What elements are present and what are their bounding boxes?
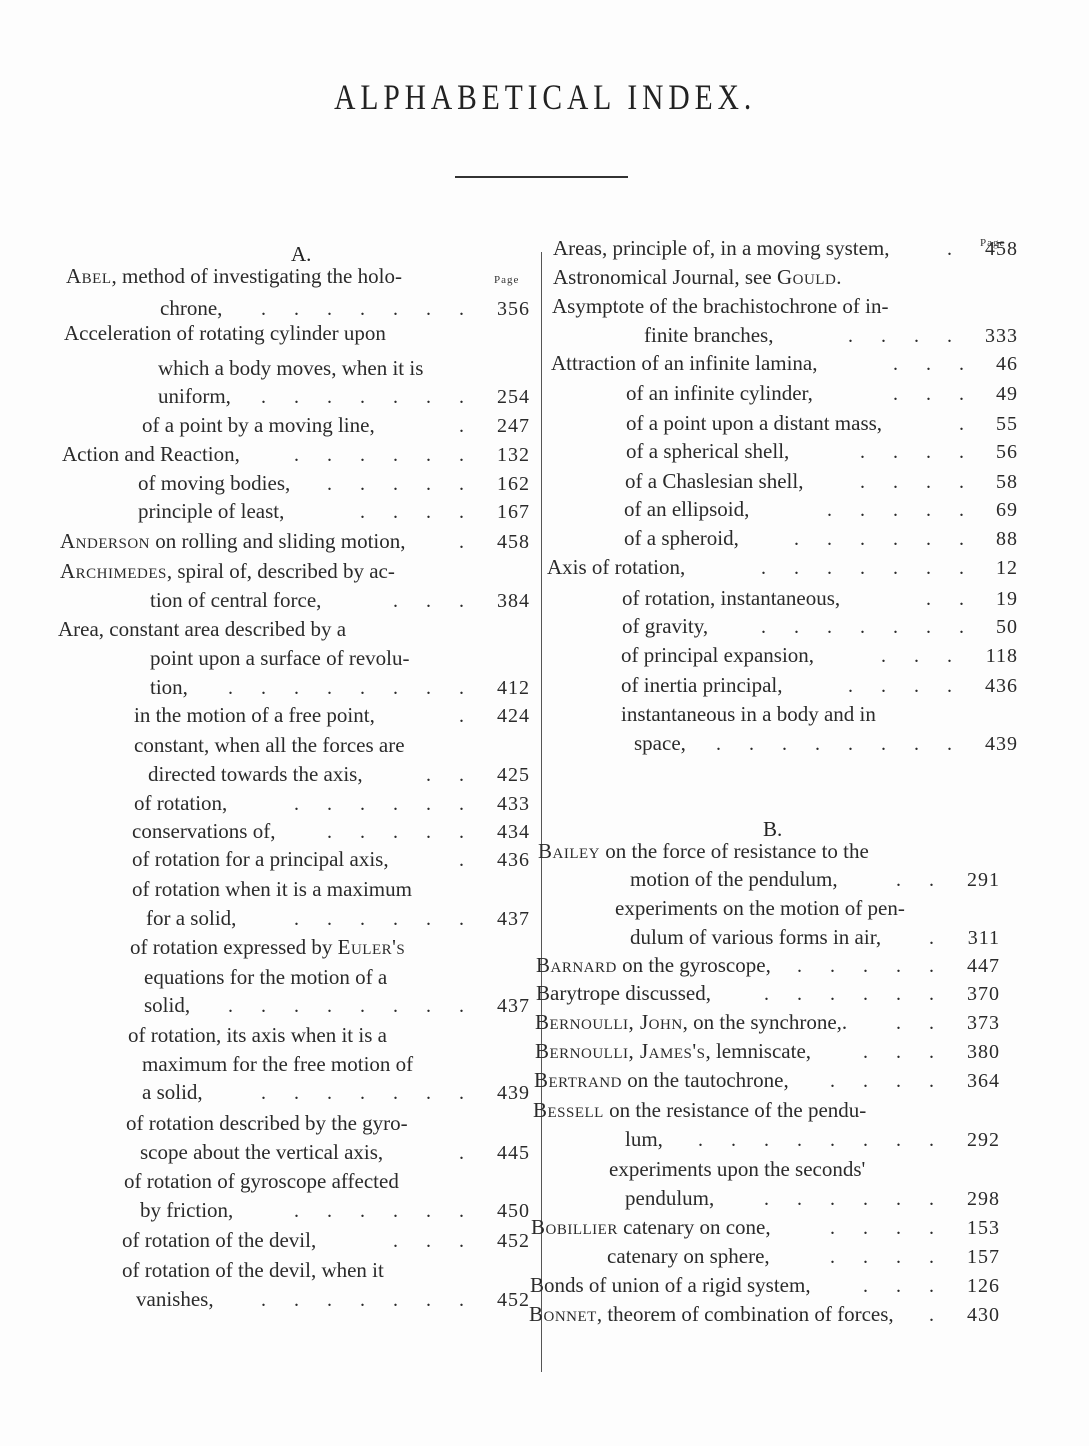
entry-continuation-line: lum,: [625, 1129, 663, 1150]
title-rule: [455, 176, 628, 178]
entry-heading-line: principle of least,: [138, 501, 284, 522]
page-number: 118: [986, 646, 1018, 666]
entry-heading-line: of a point by a moving line,: [142, 415, 375, 436]
entry-heading-line: of principal expansion,: [621, 645, 814, 666]
entry-text: for a solid,: [146, 906, 236, 930]
entry-heading-line: Bertrand on the tautochrone,: [534, 1070, 789, 1091]
author-name: Gould.: [777, 265, 842, 289]
entry-text: of an infinite cylinder,: [626, 381, 813, 405]
page-number: 298: [967, 1189, 1000, 1209]
entry-text: on the resistance of the pendu-: [604, 1098, 866, 1122]
entry-text: , lemniscate,: [705, 1039, 811, 1063]
entry-text: a solid,: [142, 1080, 203, 1104]
page-number: 445: [497, 1143, 530, 1163]
entry-text: , theorem of combination of forces,: [597, 1302, 894, 1326]
page-number: 49: [996, 384, 1018, 404]
entry-heading-line: of inertia principal,: [621, 675, 783, 696]
entry-heading-line: of a spherical shell,: [626, 441, 789, 462]
entry-text: of rotation of gyroscope affected: [124, 1169, 399, 1193]
entry-continuation-line: dulum of various forms in air,: [630, 927, 881, 948]
page-number: 364: [967, 1071, 1000, 1091]
author-name: Bonnet: [529, 1302, 597, 1326]
author-name: Bernoulli, James's: [535, 1039, 705, 1063]
entry-text: of principal expansion,: [621, 643, 814, 667]
page-number: 56: [996, 442, 1018, 462]
page-number: 433: [497, 794, 530, 814]
entry-heading-line: catenary on sphere,: [607, 1246, 770, 1267]
entry-heading-line: of rotation described by the gyro-: [126, 1113, 408, 1134]
entry-heading-line: Bonnet, theorem of combination of forces…: [529, 1304, 894, 1325]
entry-text: Bonds of union of a rigid system,: [530, 1273, 811, 1297]
entry-continuation-line: for a solid,: [146, 908, 236, 929]
entry-heading-line: of rotation, its axis when it is a: [128, 1025, 387, 1046]
entry-continuation-line: space,: [634, 733, 686, 754]
page-number: 412: [497, 678, 530, 698]
entry-heading-line: Bonds of union of a rigid system,: [530, 1275, 811, 1296]
page-number: 434: [497, 822, 530, 842]
entry-text: Attraction of an infinite lamina,: [551, 351, 818, 375]
entry-heading-line: Acceleration of rotating cylinder upon: [64, 323, 386, 344]
page-number: 437: [497, 996, 530, 1016]
page-number: 436: [497, 850, 530, 870]
author-name: Bailey: [538, 839, 600, 863]
entry-text: tion of central force,: [150, 588, 321, 612]
entry-text: which a body moves, when it is: [158, 356, 423, 380]
page-number: 58: [996, 472, 1018, 492]
entry-heading-line: Archimedes, spiral of, described by ac-: [60, 561, 395, 582]
author-name: Bernoulli, John: [535, 1010, 683, 1034]
page-number: 46: [996, 354, 1018, 374]
entry-heading-line: Bessell on the resistance of the pendu-: [533, 1100, 866, 1121]
page-column-label-left: Page: [494, 274, 519, 286]
page-number: 458: [497, 532, 530, 552]
entry-heading-line: of rotation of the devil, when it: [122, 1260, 384, 1281]
author-name: Bobillier: [531, 1215, 618, 1239]
entry-heading-line: conservations of,: [132, 821, 275, 842]
entry-heading-line: of a Chaslesian shell,: [625, 471, 803, 492]
entry-text: chrone,: [160, 296, 222, 320]
entry-heading-line: Bailey on the force of resistance to the: [538, 841, 869, 862]
entry-text: conservations of,: [132, 819, 275, 843]
entry-heading-line: of rotation of the devil,: [122, 1230, 316, 1251]
entry-heading-line: of rotation for a principal axis,: [132, 849, 389, 870]
page-number: 167: [497, 502, 530, 522]
entry-text: directed towards the axis,: [148, 762, 363, 786]
page-number: 50: [996, 617, 1018, 637]
entry-heading-line: in the motion of a free point,: [134, 705, 375, 726]
entry-text: Astronomical Journal, see: [553, 265, 777, 289]
entry-text: , spiral of, described by ac-: [167, 559, 395, 583]
entry-text: catenary on sphere,: [607, 1244, 770, 1268]
page-number: 291: [967, 870, 1000, 890]
entry-text: of a Chaslesian shell,: [625, 469, 803, 493]
page-number: 162: [497, 474, 530, 494]
entry-heading-line: of rotation of gyroscope affected: [124, 1171, 399, 1192]
entry-heading-line: Asymptote of the brachistochrone of in-: [552, 296, 889, 317]
entry-text: principle of least,: [138, 499, 284, 523]
entry-text: , method of investigating the holo-: [112, 264, 402, 288]
entry-continuation-line: by friction,: [140, 1200, 233, 1221]
entry-text: dulum of various forms in air,: [630, 925, 881, 949]
entry-text: of rotation expressed by: [130, 935, 338, 959]
entry-continuation-line: chrone,: [160, 298, 222, 319]
entry-text: of moving bodies,: [138, 471, 290, 495]
entry-continuation-line: point upon a surface of revolu-: [150, 648, 410, 669]
entry-heading-line: Axis of rotation,: [547, 557, 685, 578]
page-number: 439: [497, 1083, 530, 1103]
entry-continuation-line: directed towards the axis,: [148, 764, 363, 785]
entry-heading-line: Barytrope discussed,: [536, 983, 711, 1004]
page-number: 311: [968, 928, 1000, 948]
entry-text: of inertia principal,: [621, 673, 783, 697]
entry-text: in the motion of a free point,: [134, 703, 375, 727]
entry-text: experiments on the motion of pen-: [615, 896, 905, 920]
page-number: 132: [497, 445, 530, 465]
entry-text: Action and Reaction,: [62, 442, 240, 466]
entry-text: point upon a surface of revolu-: [150, 646, 410, 670]
entry-text: of rotation when it is a maximum: [132, 877, 412, 901]
entry-continuation-line: uniform,: [158, 386, 231, 407]
page-number: 292: [967, 1130, 1000, 1150]
entry-text: Asymptote of the brachistochrone of in-: [552, 294, 889, 318]
page-number: 370: [967, 984, 1000, 1004]
entry-text: on the gyroscope,: [617, 953, 771, 977]
entry-text: Axis of rotation,: [547, 555, 685, 579]
entry-heading-line: of rotation expressed by Euler's: [130, 937, 405, 958]
entry-text: of a spheroid,: [624, 526, 739, 550]
entry-text: of an ellipsoid,: [624, 497, 749, 521]
page-number: 247: [497, 416, 530, 436]
page-number: 384: [497, 591, 530, 611]
entry-text: lum,: [625, 1127, 663, 1151]
entry-text: by friction,: [140, 1198, 233, 1222]
entry-heading-line: Area, constant area described by a: [58, 619, 346, 640]
entry-heading-line: of a point upon a distant mass,: [626, 413, 882, 434]
entry-text: of rotation of the devil,: [122, 1228, 316, 1252]
page-number: 450: [497, 1201, 530, 1221]
entry-text: uniform,: [158, 384, 231, 408]
entry-continuation-line: which a body moves, when it is: [158, 358, 423, 379]
entry-heading-line: Bernoulli, James's, lemniscate,: [535, 1041, 811, 1062]
entry-continuation-line: a solid,: [142, 1082, 203, 1103]
entry-text: of rotation of the devil, when it: [122, 1258, 384, 1282]
page-number: 424: [497, 706, 530, 726]
entry-continuation-line: maximum for the free motion of: [142, 1054, 413, 1075]
column-divider: [541, 252, 542, 1372]
entry-text: , on the synchrone,.: [683, 1010, 847, 1034]
page-number: 373: [967, 1013, 1000, 1033]
entry-text: Barytrope discussed,: [536, 981, 711, 1005]
entry-text: of a point by a moving line,: [142, 413, 375, 437]
page-number: 333: [985, 326, 1018, 346]
entry-text: of rotation, its axis when it is a: [128, 1023, 387, 1047]
entry-text: constant, when all the forces are: [134, 733, 405, 757]
author-name: Anderson: [60, 529, 150, 553]
entry-continuation-line: pendulum,: [625, 1188, 714, 1209]
page-number: 88: [996, 529, 1018, 549]
entry-continuation-line: finite branches,: [644, 325, 773, 346]
entry-text: of a point upon a distant mass,: [626, 411, 882, 435]
entry-continuation-line: equations for the motion of a: [144, 967, 387, 988]
entry-heading-line: constant, when all the forces are: [134, 735, 405, 756]
page-number: 447: [967, 956, 1000, 976]
page-number: 452: [497, 1290, 530, 1310]
entry-heading-line: Anderson on rolling and sliding motion,: [60, 531, 406, 552]
entry-text: Areas, principle of, in a moving system,: [553, 236, 890, 260]
entry-heading-line: Areas, principle of, in a moving system,: [553, 238, 890, 259]
entry-continuation-line: solid,: [144, 995, 190, 1016]
entry-continuation-line: tion of central force,: [150, 590, 321, 611]
entry-heading-line: experiments on the motion of pen-: [615, 898, 905, 919]
entry-text: Area, constant area described by a: [58, 617, 346, 641]
entry-text: of rotation, instantaneous,: [622, 586, 840, 610]
entry-text: motion of the pendulum,: [630, 867, 838, 891]
author-name: Bessell: [533, 1098, 604, 1122]
entry-text: experiments upon the seconds': [609, 1157, 865, 1181]
entry-heading-line: instantaneous in a body and in: [621, 704, 876, 725]
entry-text: maximum for the free motion of: [142, 1052, 413, 1076]
page-number: 254: [497, 387, 530, 407]
page-number: 436: [985, 676, 1018, 696]
page-number: 19: [996, 589, 1018, 609]
entry-text: pendulum,: [625, 1186, 714, 1210]
page-number: 153: [967, 1218, 1000, 1238]
entry-heading-line: Astronomical Journal, see Gould.: [553, 267, 842, 288]
page-number: 157: [967, 1247, 1000, 1267]
entry-text: on rolling and sliding motion,: [150, 529, 406, 553]
page-number: 458: [985, 239, 1018, 259]
entry-text: instantaneous in a body and in: [621, 702, 876, 726]
page-number: 430: [967, 1305, 1000, 1325]
page-number: 380: [967, 1042, 1000, 1062]
entry-text: equations for the motion of a: [144, 965, 387, 989]
page-number: 126: [967, 1276, 1000, 1296]
page-title: ALPHABETICAL INDEX.: [99, 76, 992, 118]
entry-text: on the tautochrone,: [622, 1068, 789, 1092]
entry-text: of rotation,: [134, 791, 227, 815]
entry-heading-line: of gravity,: [622, 616, 708, 637]
entry-heading-line: experiments upon the seconds': [609, 1159, 865, 1180]
entry-continuation-line: vanishes,: [136, 1289, 214, 1310]
author-name: Abel: [66, 264, 112, 288]
entry-heading-line: Abel, method of investigating the holo-: [66, 266, 402, 287]
entry-text: of rotation for a principal axis,: [132, 847, 389, 871]
page-number: 69: [996, 500, 1018, 520]
entry-text: space,: [634, 731, 686, 755]
entry-heading-line: of an ellipsoid,: [624, 499, 749, 520]
author-name: Archimedes: [60, 559, 167, 583]
page-number: 12: [996, 558, 1018, 578]
entry-text: Acceleration of rotating cylinder upon: [64, 321, 386, 345]
entry-heading-line: of rotation,: [134, 793, 227, 814]
entry-text: of gravity,: [622, 614, 708, 638]
entry-heading-line: of moving bodies,: [138, 473, 290, 494]
entry-text: of rotation described by the gyro-: [126, 1111, 408, 1135]
entry-text: scope about the vertical axis,: [140, 1140, 383, 1164]
page-number: 356: [497, 299, 530, 319]
entry-heading-line: Bernoulli, John, on the synchrone,.: [535, 1012, 847, 1033]
entry-text: finite branches,: [644, 323, 773, 347]
entry-text: of a spherical shell,: [626, 439, 789, 463]
page-number: 55: [996, 414, 1018, 434]
entry-heading-line: of rotation, instantaneous,: [622, 588, 840, 609]
author-name: Bertrand: [534, 1068, 622, 1092]
page-number: 425: [497, 765, 530, 785]
entry-continuation-line: motion of the pendulum,: [630, 869, 838, 890]
entry-text: solid,: [144, 993, 190, 1017]
entry-heading-line: of rotation when it is a maximum: [132, 879, 412, 900]
page-number: 439: [985, 734, 1018, 754]
entry-continuation-line: scope about the vertical axis,: [140, 1142, 383, 1163]
entry-heading-line: Attraction of an infinite lamina,: [551, 353, 818, 374]
entry-heading-line: of an infinite cylinder,: [626, 383, 813, 404]
entry-text: vanishes,: [136, 1287, 214, 1311]
entry-text: tion,: [150, 675, 188, 699]
author-name: Euler's: [338, 935, 406, 959]
entry-heading-line: of a spheroid,: [624, 528, 739, 549]
page-number: 452: [497, 1231, 530, 1251]
page-number: 437: [497, 909, 530, 929]
entry-heading-line: Barnard on the gyroscope,: [536, 955, 771, 976]
entry-heading-line: Bobillier catenary on cone,: [531, 1217, 771, 1238]
entry-text: on the force of resistance to the: [600, 839, 869, 863]
entry-continuation-line: tion,: [150, 677, 188, 698]
entry-heading-line: Action and Reaction,: [62, 444, 240, 465]
entry-text: catenary on cone,: [618, 1215, 771, 1239]
author-name: Barnard: [536, 953, 617, 977]
